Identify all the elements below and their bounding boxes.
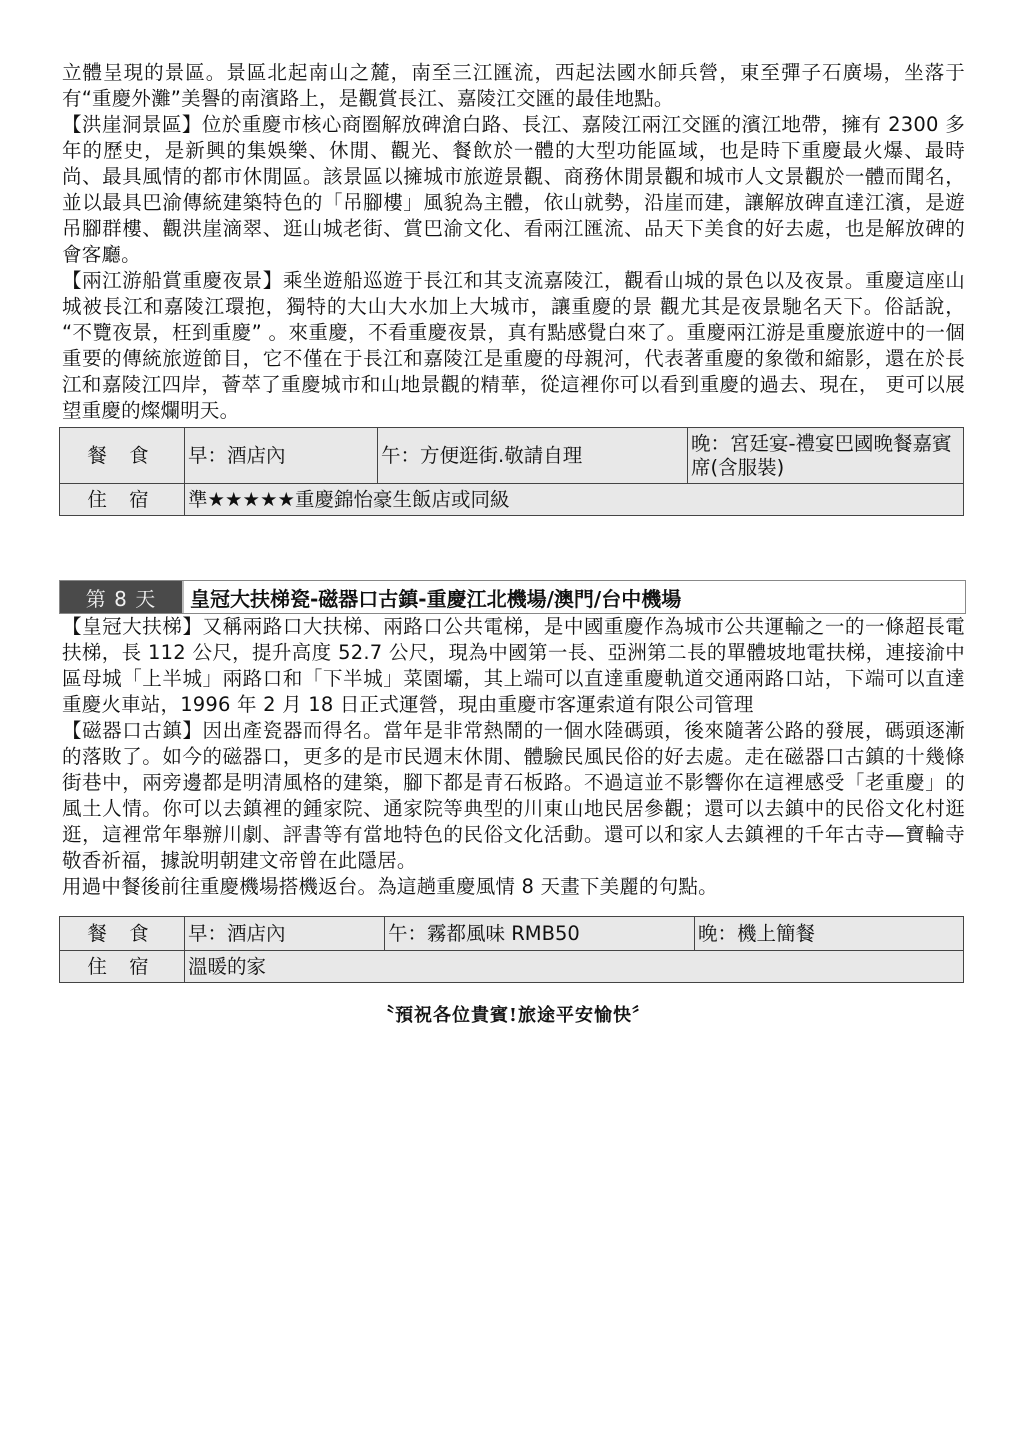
day8-header: 第 8 天 皇冠大扶梯瓷-磁器口古鎮-重慶江北機場/澳門/台中機場 xyxy=(59,580,966,614)
day7-paragraph-hongyadong: 【洪崖洞景區】位於重慶市核心商圈解放碑滄白路、長江、嘉陵江兩江交匯的濱江地帶，擁… xyxy=(62,112,965,268)
lodging-cell: 溫暖的家 xyxy=(185,951,964,983)
lodging-prefix: 準 xyxy=(188,488,208,511)
meals-row: 餐 食 早：酒店內 午：霧都風味 RMB50 晚：機上簡餐 xyxy=(60,917,964,951)
breakfast-cell: 早：酒店內 xyxy=(185,428,378,484)
day8-paragraph-escalator: 【皇冠大扶梯】又稱兩路口大扶梯、兩路口公共電梯，是中國重慶作為城市公共運輸之一的… xyxy=(62,614,965,718)
lodging-cell: 準★★★★★重慶錦怡豪生飯店或同級 xyxy=(185,484,964,516)
lunch-cell: 午：霧都風味 RMB50 xyxy=(385,917,695,951)
day7-meals-lodging-table: 餐 食 早：酒店內 午：方便逛街.敬請自理 晚：宮廷宴-禮宴巴國晚餐嘉賓席(含服… xyxy=(59,427,964,516)
closing-wishes: 〝預祝各位貴賓!旅途平安愉快〞 xyxy=(62,1001,965,1027)
lodging-label: 住 宿 xyxy=(60,951,185,983)
day-badge: 第 8 天 xyxy=(60,581,184,613)
day7-paragraph-night-cruise: 【兩江游船賞重慶夜景】乘坐遊船巡遊于長江和其支流嘉陵江，觀看山城的景色以及夜景。… xyxy=(62,268,965,424)
day7-paragraph-bund: 立體呈現的景區。景區北起南山之麓，南至三江匯流，西起法國水師兵營，東至彈子石廣場… xyxy=(62,60,965,112)
hotel-name: 重慶錦怡豪生飯店或同級 xyxy=(295,488,510,511)
day-title: 皇冠大扶梯瓷-磁器口古鎮-重慶江北機場/澳門/台中機場 xyxy=(184,581,681,613)
lodging-row: 住 宿 溫暖的家 xyxy=(60,951,964,983)
itinerary-page: 立體呈現的景區。景區北起南山之麓，南至三江匯流，西起法國水師兵營，東至彈子石廣場… xyxy=(62,60,965,1027)
day8-paragraph-ciqikou: 【磁器口古鎮】因出產瓷器而得名。當年是非常熱鬧的一個水陸碼頭，後來隨著公路的發展… xyxy=(62,718,965,874)
lodging-label: 住 宿 xyxy=(60,484,185,516)
breakfast-cell: 早：酒店內 xyxy=(185,917,385,951)
dinner-cell: 晚：宮廷宴-禮宴巴國晚餐嘉賓席(含服裝) xyxy=(688,428,964,484)
dinner-cell: 晚：機上簡餐 xyxy=(695,917,964,951)
meals-row: 餐 食 早：酒店內 午：方便逛街.敬請自理 晚：宮廷宴-禮宴巴國晚餐嘉賓席(含服… xyxy=(60,428,964,484)
day8-meals-lodging-table: 餐 食 早：酒店內 午：霧都風味 RMB50 晚：機上簡餐 住 宿 溫暖的家 xyxy=(59,916,964,983)
day8-paragraph-return: 用過中餐後前往重慶機場搭機返台。為這趟重慶風情 8 天畫下美麗的句點。 xyxy=(62,874,965,900)
meals-label: 餐 食 xyxy=(60,917,185,951)
lunch-cell: 午：方便逛街.敬請自理 xyxy=(378,428,688,484)
star-rating-icon: ★★★★★ xyxy=(208,488,295,511)
lodging-row: 住 宿 準★★★★★重慶錦怡豪生飯店或同級 xyxy=(60,484,964,516)
meals-label: 餐 食 xyxy=(60,428,185,484)
